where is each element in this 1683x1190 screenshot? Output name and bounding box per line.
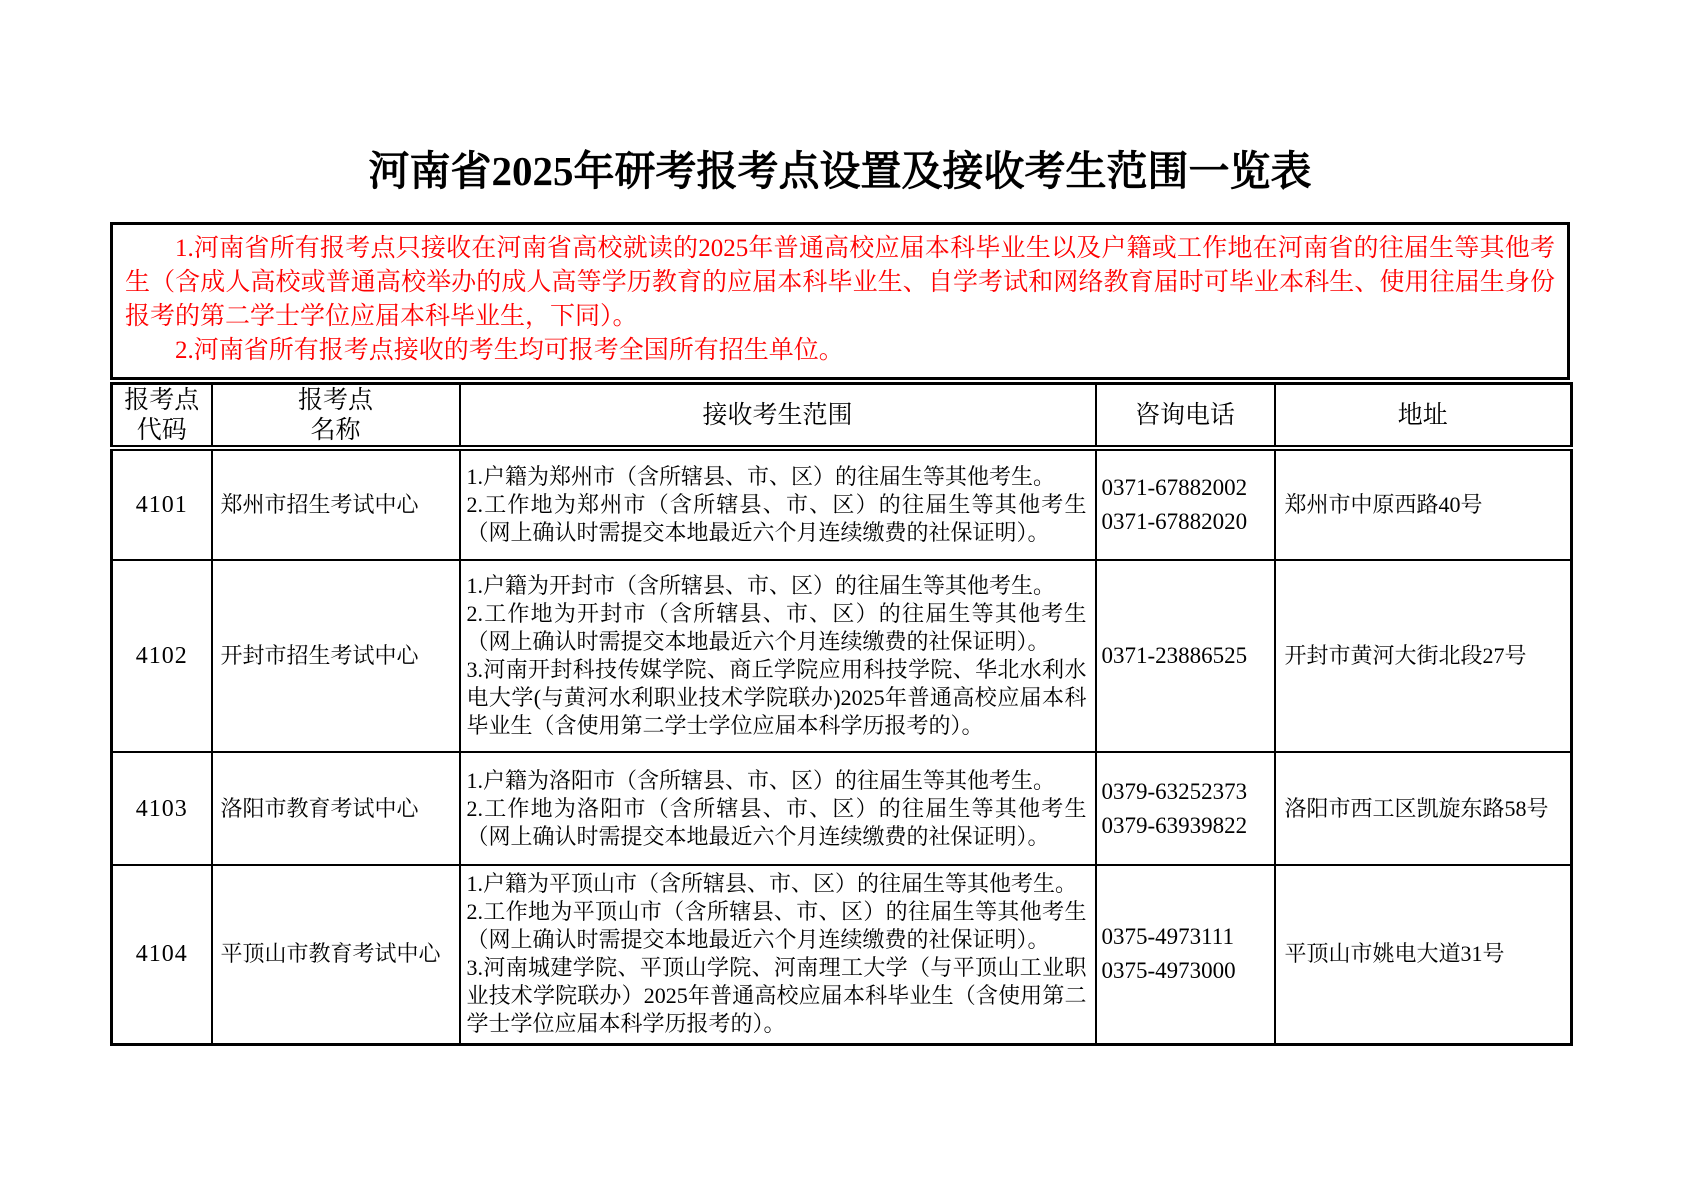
address-cell: 平顶山市姚电大道31号 (1275, 865, 1572, 1044)
site-name-cell: 洛阳市教育考试中心 (212, 752, 460, 865)
phone-number: 0379-63939822 (1102, 809, 1272, 843)
phone-cell: 0371-678820020371-67882020 (1096, 448, 1275, 560)
phone-number: 0371-67882020 (1102, 505, 1272, 539)
scope-item: 3.河南开封科技传媒学院、商丘学院应用科技学院、华北水利水电大学(与黄河水利职业… (467, 656, 1087, 740)
header-phone: 咨询电话 (1096, 384, 1275, 449)
scope-item: 3.河南城建学院、平顶山学院、河南理工大学（与平顶山工业职业技术学院联办）202… (467, 954, 1087, 1038)
header-scope: 接收考生范围 (460, 384, 1096, 449)
header-site-name: 报考点 名称 (212, 384, 460, 449)
notes-box: 1.河南省所有报考点只接收在河南省高校就读的2025年普通高校应届本科毕业生以及… (110, 222, 1570, 380)
header-site-code: 报考点 代码 (112, 384, 212, 449)
phone-number: 0379-63252373 (1102, 775, 1272, 809)
phone-number: 0375-4973000 (1102, 954, 1272, 988)
table-body: 4101郑州市招生考试中心1.户籍为郑州市（含所辖县、市、区）的往届生等其他考生… (112, 448, 1572, 1044)
scope-item: 1.户籍为洛阳市（含所辖县、市、区）的往届生等其他考生。 (467, 767, 1087, 795)
table-header-row: 报考点 代码 报考点 名称 接收考生范围 咨询电话 地址 (112, 384, 1572, 449)
scope-item: 2.工作地为洛阳市（含所辖县、市、区）的往届生等其他考生（网上确认时需提交本地最… (467, 795, 1087, 851)
address-cell: 洛阳市西工区凯旋东路58号 (1275, 752, 1572, 865)
scope-cell: 1.户籍为洛阳市（含所辖县、市、区）的往届生等其他考生。2.工作地为洛阳市（含所… (460, 752, 1096, 865)
address-cell: 郑州市中原西路40号 (1275, 448, 1572, 560)
site-name-cell: 平顶山市教育考试中心 (212, 865, 460, 1044)
scope-item: 1.户籍为开封市（含所辖县、市、区）的往届生等其他考生。 (467, 572, 1087, 600)
note-item: 1.河南省所有报考点只接收在河南省高校就读的2025年普通高校应届本科毕业生以及… (125, 232, 1555, 334)
page-title: 河南省2025年研考报考点设置及接收考生范围一览表 (110, 146, 1570, 196)
site-name-cell: 郑州市招生考试中心 (212, 448, 460, 560)
exam-sites-table: 报考点 代码 报考点 名称 接收考生范围 咨询电话 地址 4101郑州市招生考试… (110, 382, 1573, 1046)
scope-item: 2.工作地为郑州市（含所辖县、市、区）的往届生等其他考生（网上确认时需提交本地最… (467, 491, 1087, 547)
table-row: 4103洛阳市教育考试中心1.户籍为洛阳市（含所辖县、市、区）的往届生等其他考生… (112, 752, 1572, 865)
scope-item: 2.工作地为开封市（含所辖县、市、区）的往届生等其他考生（网上确认时需提交本地最… (467, 600, 1087, 656)
table-row: 4102开封市招生考试中心1.户籍为开封市（含所辖县、市、区）的往届生等其他考生… (112, 560, 1572, 752)
site-name-cell: 开封市招生考试中心 (212, 560, 460, 752)
note-item: 2.河南省所有报考点接收的考生均可报考全国所有招生单位。 (125, 334, 1555, 368)
site-code-cell: 4104 (112, 865, 212, 1044)
table-row: 4104平顶山市教育考试中心1.户籍为平顶山市（含所辖县、市、区）的往届生等其他… (112, 865, 1572, 1044)
scope-cell: 1.户籍为平顶山市（含所辖县、市、区）的往届生等其他考生。2.工作地为平顶山市（… (460, 865, 1096, 1044)
phone-number: 0371-67882002 (1102, 471, 1272, 505)
scope-cell: 1.户籍为开封市（含所辖县、市、区）的往届生等其他考生。2.工作地为开封市（含所… (460, 560, 1096, 752)
phone-number: 0375-4973111 (1102, 920, 1272, 954)
phone-cell: 0379-632523730379-63939822 (1096, 752, 1275, 865)
scope-cell: 1.户籍为郑州市（含所辖县、市、区）的往届生等其他考生。2.工作地为郑州市（含所… (460, 448, 1096, 560)
site-code-cell: 4101 (112, 448, 212, 560)
scope-item: 2.工作地为平顶山市（含所辖县、市、区）的往届生等其他考生（网上确认时需提交本地… (467, 898, 1087, 954)
phone-cell: 0371-23886525 (1096, 560, 1275, 752)
header-address: 地址 (1275, 384, 1572, 449)
phone-cell: 0375-49731110375-4973000 (1096, 865, 1275, 1044)
phone-number: 0371-23886525 (1102, 639, 1272, 673)
site-code-cell: 4103 (112, 752, 212, 865)
address-cell: 开封市黄河大街北段27号 (1275, 560, 1572, 752)
scope-item: 1.户籍为平顶山市（含所辖县、市、区）的往届生等其他考生。 (467, 870, 1087, 898)
table-row: 4101郑州市招生考试中心1.户籍为郑州市（含所辖县、市、区）的往届生等其他考生… (112, 448, 1572, 560)
document-page: 河南省2025年研考报考点设置及接收考生范围一览表 1.河南省所有报考点只接收在… (110, 146, 1570, 1046)
site-code-cell: 4102 (112, 560, 212, 752)
scope-item: 1.户籍为郑州市（含所辖县、市、区）的往届生等其他考生。 (467, 463, 1087, 491)
